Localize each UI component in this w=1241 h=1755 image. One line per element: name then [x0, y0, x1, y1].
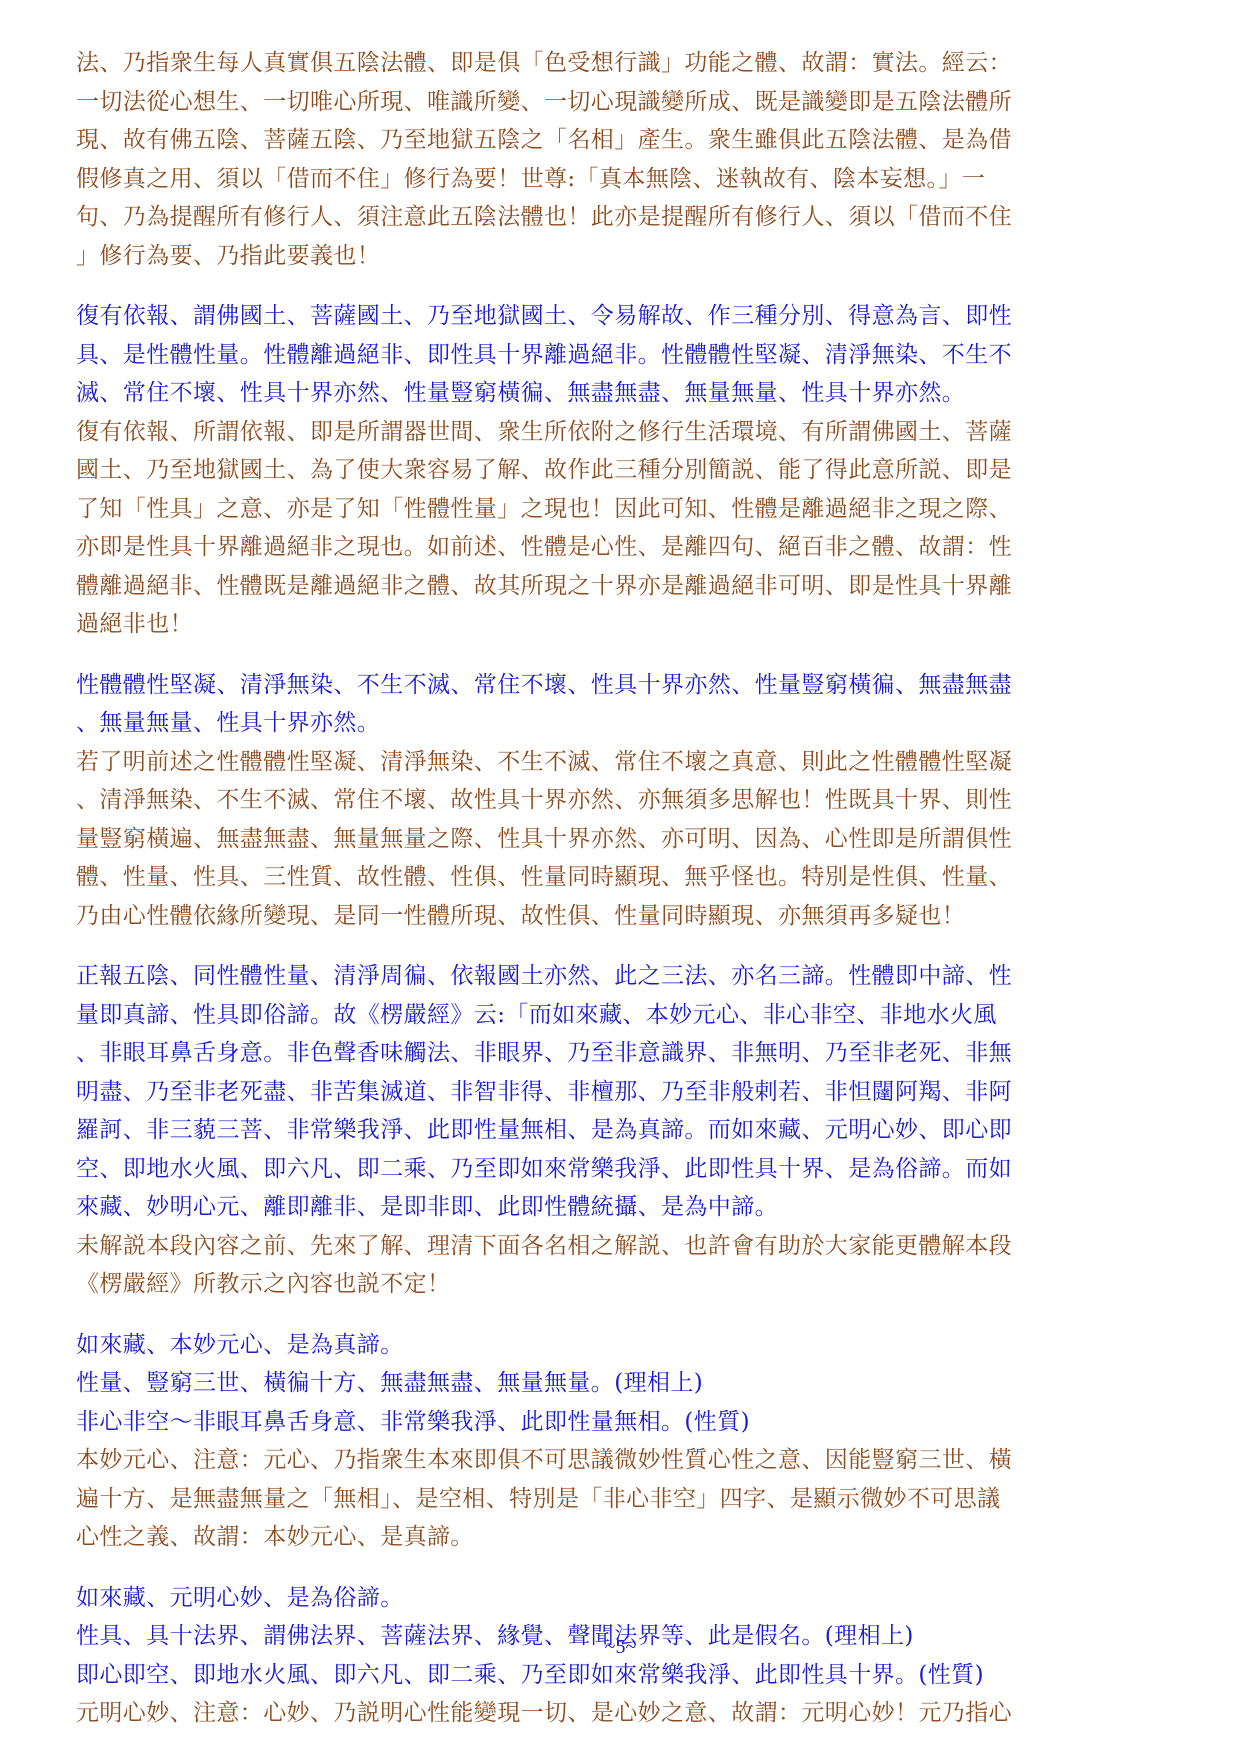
quote-line: 正報五陰、同性體性量、清淨周徧、依報國土亦然、此之三法、亦名三諦。性體即中諦、性 [76, 957, 1166, 996]
quote-line: 量即真諦、性具即俗諦。故《楞嚴經》云:「而如來藏、本妙元心、非心非空、非地水火風 [76, 996, 1166, 1035]
quote-line: 即心即空、即地水火風、即六凡、即二乘、乃至即如來常樂我淨、此即性具十界。(性質) [76, 1656, 1166, 1695]
quote-line: 復有依報、謂佛國土、菩薩國土、乃至地獄國土、令易解故、作三種分別、得意為言、即性 [76, 297, 1166, 336]
paragraph-2: 復有依報、謂佛國土、菩薩國土、乃至地獄國土、令易解故、作三種分別、得意為言、即性… [76, 297, 1166, 644]
commentary-line: 復有依報、所謂依報、即是所謂器世間、衆生所依附之修行生活環境、有所謂佛國土、菩薩 [76, 413, 1166, 452]
quote-line: 性體體性堅凝、清淨無染、不生不滅、常住不壞、性具十界亦然、性量豎窮橫徧、無盡無盡 [76, 666, 1166, 705]
text-line: 現、故有佛五陰、菩薩五陰、乃至地獄五陰之「名相」產生。衆生雖俱此五陰法體、是為借 [76, 121, 1166, 160]
paragraph-3: 性體體性堅凝、清淨無染、不生不滅、常住不壞、性具十界亦然、性量豎窮橫徧、無盡無盡… [76, 666, 1166, 936]
quote-line: 來藏、妙明心元、離即離非、是即非即、此即性體統攝、是為中諦。 [76, 1188, 1166, 1227]
quote-line: 如來藏、本妙元心、是為真諦。 [76, 1326, 1166, 1365]
commentary-line: 若了明前述之性體體性堅凝、清淨無染、不生不滅、常住不壞之真意、則此之性體體性堅凝 [76, 743, 1166, 782]
commentary-line: 量豎窮橫遍、無盡無盡、無量無量之際、性具十界亦然、亦可明、因為、心性即是所謂俱性 [76, 820, 1166, 859]
commentary-line: 元明心妙、注意：心妙、乃説明心性能變現一切、是心妙之意、故謂：元明心妙！元乃指心 [76, 1694, 1166, 1733]
quote-line: 、非眼耳鼻舌身意。非色聲香味觸法、非眼界、乃至非意識界、非無明、乃至非老死、非無 [76, 1034, 1166, 1073]
commentary-line: 本妙元心、注意：元心、乃指衆生本來即俱不可思議微妙性質心性之意、因能豎窮三世、橫 [76, 1441, 1166, 1480]
commentary-line: 《楞嚴經》所教示之內容也説不定！ [76, 1265, 1166, 1304]
commentary-line: 體離過絕非、性體既是離過絕非之體、故其所現之十界亦是離過絕非可明、即是性具十界離 [76, 567, 1166, 606]
commentary-line: 過絕非也！ [76, 605, 1166, 644]
commentary-line: 心性之義、故謂：本妙元心、是真諦。 [76, 1518, 1166, 1557]
text-line: 」修行為要、乃指此要義也！ [76, 237, 1166, 276]
paragraph-4: 正報五陰、同性體性量、清淨周徧、依報國土亦然、此之三法、亦名三諦。性體即中諦、性… [76, 957, 1166, 1304]
quote-line: 羅訶、非三藐三菩、非常樂我淨、此即性量無相、是為真諦。而如來藏、元明心妙、即心即 [76, 1111, 1166, 1150]
commentary-line: 未解説本段內容之前、先來了解、理清下面各名相之解説、也許會有助於大家能更體解本段 [76, 1227, 1166, 1266]
quote-line: 、無量無量、性具十界亦然。 [76, 704, 1166, 743]
text-line: 法、乃指衆生每人真實俱五陰法體、即是俱「色受想行識」功能之體、故謂：實法。經云： [76, 44, 1166, 83]
commentary-line: 國土、乃至地獄國土、為了使大衆容易了解、故作此三種分別簡説、能了得此意所説、即是 [76, 451, 1166, 490]
paragraph-1: 法、乃指衆生每人真實俱五陰法體、即是俱「色受想行識」功能之體、故謂：實法。經云：… [76, 44, 1166, 275]
quote-line: 滅、常住不壞、性具十界亦然、性量豎窮橫徧、無盡無盡、無量無量、性具十界亦然。 [76, 374, 1166, 413]
commentary-line: 遍十方、是無盡無量之「無相」、是空相、特別是「非心非空」四字、是顯示微妙不可思議 [76, 1480, 1166, 1519]
text-line: 一切法從心想生、一切唯心所現、唯識所變、一切心現識變所成、既是識變即是五陰法體所 [76, 83, 1166, 122]
commentary-line: 乃由心性體依緣所變現、是同一性體所現、故性俱、性量同時顯現、亦無須再多疑也！ [76, 897, 1166, 936]
text-line: 句、乃為提醒所有修行人、須注意此五陰法體也！此亦是提醒所有修行人、須以「借而不住 [76, 198, 1166, 237]
quote-line: 如來藏、元明心妙、是為俗諦。 [76, 1579, 1166, 1618]
commentary-line: 、清淨無染、不生不滅、常住不壞、故性具十界亦然、亦無須多思解也！性既具十界、則性 [76, 781, 1166, 820]
quote-line: 非心非空～非眼耳鼻舌身意、非常樂我淨、此即性量無相。(性質) [76, 1403, 1166, 1442]
commentary-line: 了知「性具」之意、亦是了知「性體性量」之現也！因此可知、性體是離過絕非之現之際、 [76, 490, 1166, 529]
quote-line: 具、是性體性量。性體離過絕非、即性具十界離過絕非。性體體性堅凝、清淨無染、不生不 [76, 336, 1166, 375]
quote-line: 性量、豎窮三世、橫徧十方、無盡無盡、無量無量。(理相上) [76, 1364, 1166, 1403]
quote-line: 明盡、乃至非老死盡、非苦集滅道、非智非得、非檀那、乃至非般剌若、非怛闥阿羯、非阿 [76, 1073, 1166, 1112]
text-line: 假修真之用、須以「借而不住」修行為要！世尊:「真本無陰、迷執故有、陰本妄想。」一 [76, 160, 1166, 199]
commentary-line: 體、性量、性具、三性質、故性體、性俱、性量同時顯現、無乎怪也。特別是性俱、性量、 [76, 858, 1166, 897]
page-number: ~5~ [0, 1636, 1241, 1659]
document-body: 法、乃指衆生每人真實俱五陰法體、即是俱「色受想行識」功能之體、故謂：實法。經云：… [76, 44, 1166, 1755]
paragraph-5: 如來藏、本妙元心、是為真諦。 性量、豎窮三世、橫徧十方、無盡無盡、無量無量。(理… [76, 1326, 1166, 1557]
document-page: 法、乃指衆生每人真實俱五陰法體、即是俱「色受想行識」功能之體、故謂：實法。經云：… [0, 0, 1241, 1755]
quote-line: 空、即地水火風、即六凡、即二乘、乃至即如來常樂我淨、此即性具十界、是為俗諦。而如 [76, 1150, 1166, 1189]
commentary-line: 亦即是性具十界離過絕非之現也。如前述、性體是心性、是離四句、絕百非之體、故謂：性 [76, 528, 1166, 567]
